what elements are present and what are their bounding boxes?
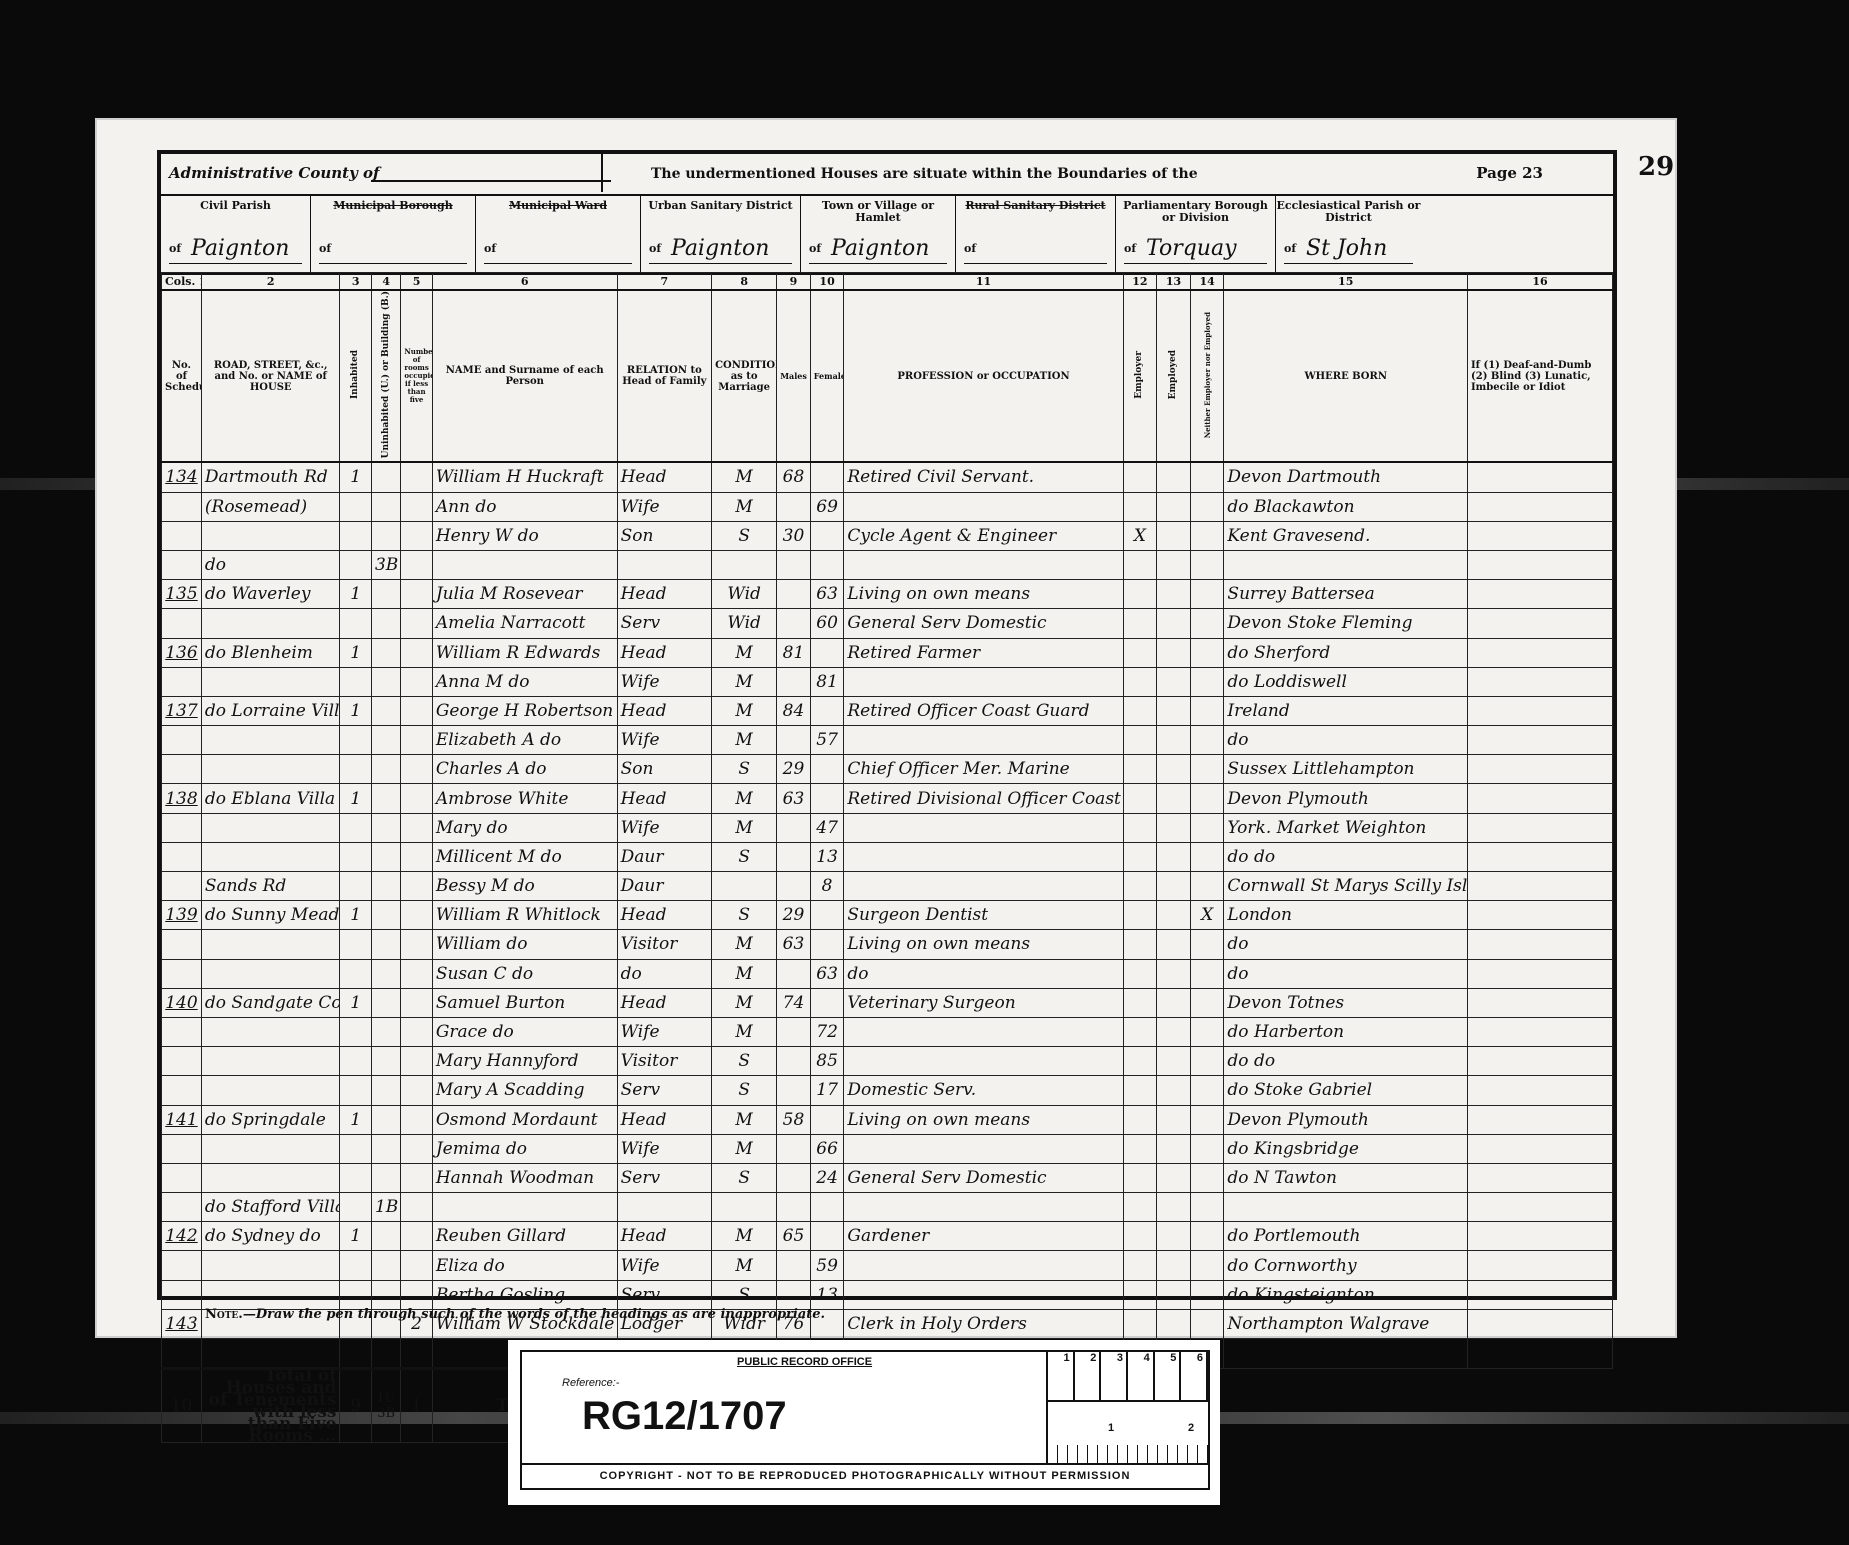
cell-inhabited: [340, 813, 371, 842]
cell-born: [1224, 1339, 1468, 1369]
column-number: 11: [844, 273, 1123, 291]
area-town-or-village-or-hamlet: Town or Village or HamletPaignton: [801, 194, 956, 272]
area-boundaries: Civil ParishPaigntonMunicipal BoroughMun…: [161, 194, 1613, 275]
cell-relation: Wife: [617, 726, 711, 755]
cell-schedule: [162, 667, 202, 696]
cell-road: Sands Rd: [201, 872, 340, 901]
cell-infirmity: [1468, 1251, 1613, 1280]
cell-road: do Blenheim: [201, 638, 340, 667]
cell-occupation: [844, 842, 1123, 871]
cell-inhabited: [340, 1134, 371, 1163]
cell-name: Hannah Woodman: [432, 1163, 617, 1192]
cell-employed: [1157, 1134, 1191, 1163]
cell-male-age: [777, 959, 811, 988]
cell-neither: [1190, 1222, 1224, 1251]
cell-relation: Wife: [617, 1134, 711, 1163]
cell-female-age: [810, 755, 844, 784]
table-row: 141do Springdale1Osmond MordauntHeadM58L…: [162, 1105, 1613, 1134]
cell-relation: Visitor: [617, 930, 711, 959]
census-rows: 134Dartmouth Rd1William H HuckraftHeadM6…: [162, 462, 1613, 1368]
cell-infirmity: [1468, 784, 1613, 813]
cell-born: Devon Totnes: [1224, 988, 1468, 1017]
cell-born: London: [1224, 901, 1468, 930]
scale-inches: 12: [1048, 1402, 1208, 1465]
cell-road: do Sandgate Cott: [201, 988, 340, 1017]
column-number: 15: [1224, 273, 1468, 291]
cell-infirmity: [1468, 842, 1613, 871]
cell-name: [432, 550, 617, 579]
cell-neither: [1190, 755, 1224, 784]
cell-occupation: [844, 726, 1123, 755]
cell-infirmity: [1468, 1280, 1613, 1309]
column-number: 7: [617, 273, 711, 291]
cell-employed: [1157, 755, 1191, 784]
cell-schedule: [162, 842, 202, 871]
cell-schedule: [162, 959, 202, 988]
cell-uninhabited: [371, 1163, 400, 1192]
cell-condition: M: [712, 1134, 777, 1163]
area-civil-parish: Civil ParishPaignton: [161, 194, 311, 272]
cell-name: Amelia Narracott: [432, 609, 617, 638]
cell-rooms: [401, 492, 432, 521]
cell-relation: [617, 1193, 711, 1222]
cell-rooms: [401, 1251, 432, 1280]
cell-rooms: [401, 521, 432, 550]
area-value: St John: [1284, 235, 1413, 264]
area-label: Municipal Ward: [476, 194, 640, 212]
table-row: Bertha GoslingServS13do Kingsteignton: [162, 1280, 1613, 1309]
column-number: 16: [1468, 273, 1613, 291]
boundaries-text: The undermentioned Houses are situate wi…: [651, 166, 1198, 182]
cell-uninhabited: [371, 901, 400, 930]
reference-number: RG12/1707: [582, 1394, 787, 1439]
area-value: [964, 235, 1107, 264]
cell-employer: [1123, 550, 1157, 579]
cell-rooms: [401, 784, 432, 813]
column-number: 14: [1190, 273, 1224, 291]
cell-employed: [1157, 1222, 1191, 1251]
cell-relation: Wife: [617, 1251, 711, 1280]
cell-female-age: [810, 901, 844, 930]
cell-born: do: [1224, 959, 1468, 988]
cell-neither: [1190, 1309, 1224, 1338]
cell-occupation: Clerk in Holy Orders: [844, 1309, 1123, 1338]
cell-uninhabited: [371, 1017, 400, 1046]
cell-male-age: [777, 492, 811, 521]
cell-employer: [1123, 1017, 1157, 1046]
table-row: Charles A doSonS29Chief Officer Mer. Mar…: [162, 755, 1613, 784]
cell-relation: Son: [617, 521, 711, 550]
cell-rooms: [401, 755, 432, 784]
cell-uninhabited: [371, 988, 400, 1017]
cell-name: Jemima do: [432, 1134, 617, 1163]
cell-employer: [1123, 667, 1157, 696]
table-row: (Rosemead)Ann doWifeM69do Blackawton: [162, 492, 1613, 521]
cell-employed: [1157, 1163, 1191, 1192]
area-value: [319, 235, 467, 264]
scale-tick-label: 4: [1128, 1352, 1155, 1400]
table-row: Mary A ScaddingServS17Domestic Serv.do S…: [162, 1076, 1613, 1105]
cell-condition: S: [712, 842, 777, 871]
cell-name: Charles A do: [432, 755, 617, 784]
cell-infirmity: [1468, 521, 1613, 550]
scale-tick-label: 3: [1101, 1352, 1128, 1400]
cell-born: do Kingsbridge: [1224, 1134, 1468, 1163]
cell-inhabited: [340, 492, 371, 521]
header-employed: Employed: [1157, 290, 1191, 462]
header-schedule: No. of Schedule: [162, 290, 202, 462]
area-value: Paignton: [169, 235, 302, 264]
cell-infirmity: [1468, 1339, 1613, 1369]
cell-infirmity: [1468, 959, 1613, 988]
cell-relation: Son: [617, 755, 711, 784]
cell-inhabited: [340, 1017, 371, 1046]
cell-occupation: Domestic Serv.: [844, 1076, 1123, 1105]
cell-employed: [1157, 1047, 1191, 1076]
cell-occupation: Living on own means: [844, 1105, 1123, 1134]
cell-employed: [1157, 901, 1191, 930]
cell-uninhabited: 1B: [371, 1193, 400, 1222]
cell-neither: [1190, 1047, 1224, 1076]
cell-condition: M: [712, 1251, 777, 1280]
column-number: 5: [401, 273, 432, 291]
cell-condition: M: [712, 1105, 777, 1134]
cell-neither: [1190, 959, 1224, 988]
cell-neither: [1190, 521, 1224, 550]
area-municipal-borough: Municipal Borough: [311, 194, 476, 272]
cell-born: Sussex Littlehampton: [1224, 755, 1468, 784]
cell-condition: M: [712, 696, 777, 725]
cell-infirmity: [1468, 755, 1613, 784]
cell-employer: [1123, 1134, 1157, 1163]
cell-occupation: Gardener: [844, 1222, 1123, 1251]
cell-relation: Head: [617, 1105, 711, 1134]
cell-name: Susan C do: [432, 959, 617, 988]
cell-road: (Rosemead): [201, 492, 340, 521]
cell-female-age: 60: [810, 609, 844, 638]
cell-road: [201, 667, 340, 696]
cell-name: William R Edwards: [432, 638, 617, 667]
cell-schedule: [162, 609, 202, 638]
cell-inhabited: 1: [340, 462, 371, 492]
cell-rooms: [401, 1280, 432, 1309]
cell-rooms: [401, 1105, 432, 1134]
cell-road: [201, 1047, 340, 1076]
cell-inhabited: 1: [340, 901, 371, 930]
cell-road: [201, 959, 340, 988]
cell-schedule: [162, 726, 202, 755]
cell-infirmity: [1468, 1163, 1613, 1192]
cell-name: Mary do: [432, 813, 617, 842]
cell-road: [201, 521, 340, 550]
cell-rooms: [401, 726, 432, 755]
header-rooms: Number of rooms occupied if less than fi…: [401, 290, 432, 462]
cell-female-age: 81: [810, 667, 844, 696]
copyright-notice: COPYRIGHT - NOT TO BE REPRODUCED PHOTOGR…: [520, 1465, 1210, 1490]
table-row: 134Dartmouth Rd1William H HuckraftHeadM6…: [162, 462, 1613, 492]
cell-employed: [1157, 550, 1191, 579]
cell-male-age: 65: [777, 1222, 811, 1251]
cell-uninhabited: [371, 492, 400, 521]
cell-born: do Blackawton: [1224, 492, 1468, 521]
cell-occupation: [844, 1193, 1123, 1222]
scale-tick-label: 2: [1075, 1352, 1102, 1400]
header-inhabited: Inhabited: [340, 290, 371, 462]
area-label: Parliamentary Borough or Division: [1116, 194, 1275, 224]
cell-condition: M: [712, 1017, 777, 1046]
cell-occupation: [844, 1047, 1123, 1076]
cell-name: Samuel Burton: [432, 988, 617, 1017]
cell-born: do Sherford: [1224, 638, 1468, 667]
cell-neither: [1190, 784, 1224, 813]
cell-employed: [1157, 696, 1191, 725]
cell-employer: [1123, 726, 1157, 755]
cell-uninhabited: [371, 1076, 400, 1105]
cell-employer: [1123, 1076, 1157, 1105]
cell-relation: [617, 550, 711, 579]
cell-relation: Head: [617, 901, 711, 930]
cell-female-age: 72: [810, 1017, 844, 1046]
cell-rooms: [401, 609, 432, 638]
cell-neither: [1190, 492, 1224, 521]
cell-road: [201, 842, 340, 871]
cell-uninhabited: [371, 462, 400, 492]
cell-employed: [1157, 521, 1191, 550]
cell-occupation: [844, 813, 1123, 842]
cell-male-age: 63: [777, 930, 811, 959]
cell-female-age: [810, 550, 844, 579]
cell-road: [201, 1163, 340, 1192]
column-number: 8: [712, 273, 777, 291]
cell-infirmity: [1468, 813, 1613, 842]
cell-infirmity: [1468, 696, 1613, 725]
cell-neither: [1190, 842, 1224, 871]
cell-employer: [1123, 842, 1157, 871]
cell-employed: [1157, 1076, 1191, 1105]
cell-relation: Head: [617, 784, 711, 813]
cell-female-age: [810, 988, 844, 1017]
cell-neither: [1190, 1076, 1224, 1105]
cell-schedule: 141: [162, 1105, 202, 1134]
table-row: 135do Waverley1Julia M RosevearHeadWid63…: [162, 580, 1613, 609]
cell-infirmity: [1468, 492, 1613, 521]
cell-infirmity: [1468, 1105, 1613, 1134]
cell-relation: Daur: [617, 872, 711, 901]
cell-neither: [1190, 1163, 1224, 1192]
cell-born: Northampton Walgrave: [1224, 1309, 1468, 1338]
cell-employer: [1123, 1222, 1157, 1251]
cell-rooms: [401, 1163, 432, 1192]
cell-name: Mary A Scadding: [432, 1076, 617, 1105]
cell-uninhabited: [371, 1222, 400, 1251]
cell-name: Bessy M do: [432, 872, 617, 901]
cell-employed: [1157, 462, 1191, 492]
cell-born: Devon Plymouth: [1224, 1105, 1468, 1134]
cell-male-age: [777, 1163, 811, 1192]
cell-born: do Kingsteignton: [1224, 1280, 1468, 1309]
cell-relation: Wife: [617, 1017, 711, 1046]
cell-inhabited: 1: [340, 1105, 371, 1134]
cell-condition: Wid: [712, 609, 777, 638]
cell-male-age: 68: [777, 462, 811, 492]
record-office-label: PUBLIC RECORD OFFICE: [737, 1356, 872, 1368]
cell-name: Grace do: [432, 1017, 617, 1046]
cell-employer: [1123, 1105, 1157, 1134]
cell-uninhabited: [371, 696, 400, 725]
cell-employed: [1157, 1280, 1191, 1309]
cell-rooms: [401, 550, 432, 579]
cell-uninhabited: [371, 638, 400, 667]
cell-infirmity: [1468, 667, 1613, 696]
cell-relation: Head: [617, 638, 711, 667]
cell-born: Cornwall St Marys Scilly Isles: [1224, 872, 1468, 901]
total-uninhabited: 1U 3B: [371, 1369, 400, 1443]
cell-inhabited: [340, 755, 371, 784]
column-headers: No. of Schedule ROAD, STREET, &c., and N…: [162, 290, 1613, 462]
cell-condition: S: [712, 901, 777, 930]
scale-tick-label: 1: [1048, 1352, 1075, 1400]
table-row: Hannah WoodmanServS24General Serv Domest…: [162, 1163, 1613, 1192]
cell-female-age: [810, 462, 844, 492]
cell-female-age: 24: [810, 1163, 844, 1192]
cell-inhabited: [340, 1251, 371, 1280]
cell-male-age: [777, 1193, 811, 1222]
cell-condition: M: [712, 462, 777, 492]
cell-occupation: Cycle Agent & Engineer: [844, 521, 1123, 550]
header-age-females: Females: [810, 290, 844, 462]
cell-name: William R Whitlock: [432, 901, 617, 930]
cell-rooms: [401, 842, 432, 871]
cell-condition: Wid: [712, 580, 777, 609]
cell-condition: S: [712, 755, 777, 784]
cell-condition: [712, 872, 777, 901]
area-rural-sanitary-district: Rural Sanitary District: [956, 194, 1116, 272]
cell-born: do do: [1224, 1047, 1468, 1076]
cell-born: do N Tawton: [1224, 1163, 1468, 1192]
cell-name: Julia M Rosevear: [432, 580, 617, 609]
scale-tick-label: 6: [1181, 1352, 1208, 1400]
column-number: Cols. 1: [162, 273, 202, 291]
cell-inhabited: 1: [340, 580, 371, 609]
cell-relation: do: [617, 959, 711, 988]
cell-inhabited: 1: [340, 784, 371, 813]
cell-infirmity: [1468, 1017, 1613, 1046]
area-urban-sanitary-district: Urban Sanitary DistrictPaignton: [641, 194, 801, 272]
cell-name: Ann do: [432, 492, 617, 521]
cell-male-age: [777, 609, 811, 638]
cell-female-age: [810, 1193, 844, 1222]
cell-male-age: [777, 1280, 811, 1309]
column-number: 12: [1123, 273, 1157, 291]
cell-born: do: [1224, 726, 1468, 755]
cell-male-age: [777, 1134, 811, 1163]
cell-relation: Serv: [617, 609, 711, 638]
cell-schedule: [162, 521, 202, 550]
cell-neither: [1190, 1193, 1224, 1222]
cell-road: [201, 1017, 340, 1046]
reference-label: Reference:-: [562, 1377, 619, 1389]
cell-rooms: [401, 667, 432, 696]
cell-rooms: [401, 959, 432, 988]
cell-rooms: [401, 1222, 432, 1251]
cell-employer: [1123, 492, 1157, 521]
cell-born: do Loddiswell: [1224, 667, 1468, 696]
cell-born: Devon Stoke Fleming: [1224, 609, 1468, 638]
cell-name: William do: [432, 930, 617, 959]
cell-condition: M: [712, 667, 777, 696]
column-number: 13: [1157, 273, 1191, 291]
cell-condition: M: [712, 492, 777, 521]
cell-name: Anna M do: [432, 667, 617, 696]
cell-female-age: 13: [810, 1280, 844, 1309]
cell-neither: [1190, 1134, 1224, 1163]
cell-male-age: [777, 813, 811, 842]
cell-employed: [1157, 1251, 1191, 1280]
area-label: Municipal Borough: [311, 194, 475, 212]
cell-employed: [1157, 872, 1191, 901]
cell-condition: M: [712, 726, 777, 755]
cell-condition: M: [712, 638, 777, 667]
admin-county-label: Administrative County of: [169, 164, 379, 182]
cell-occupation: [844, 667, 1123, 696]
cell-neither: [1190, 609, 1224, 638]
cell-schedule: 136: [162, 638, 202, 667]
cell-male-age: [777, 872, 811, 901]
cell-rooms: [401, 1339, 432, 1369]
cell-schedule: [162, 1280, 202, 1309]
cell-male-age: 30: [777, 521, 811, 550]
admin-county-box: Administrative County of: [161, 154, 603, 192]
cell-employed: [1157, 930, 1191, 959]
cell-male-age: [777, 550, 811, 579]
cell-employer: [1123, 901, 1157, 930]
cell-female-age: 47: [810, 813, 844, 842]
cell-born: Devon Plymouth: [1224, 784, 1468, 813]
cell-employer: [1123, 609, 1157, 638]
cell-uninhabited: [371, 726, 400, 755]
cell-occupation: Living on own means: [844, 930, 1123, 959]
cell-female-age: [810, 1105, 844, 1134]
table-row: Mary doWifeM47York. Market Weighton: [162, 813, 1613, 842]
cell-road: [201, 813, 340, 842]
cell-born: Devon Dartmouth: [1224, 462, 1468, 492]
cell-occupation: Chief Officer Mer. Marine: [844, 755, 1123, 784]
cell-condition: M: [712, 959, 777, 988]
cell-road: [201, 1251, 340, 1280]
cell-road: [201, 609, 340, 638]
cell-occupation: [844, 1017, 1123, 1046]
cell-male-age: 29: [777, 901, 811, 930]
column-number: 2: [201, 273, 340, 291]
cell-rooms: [401, 1193, 432, 1222]
cell-employed: [1157, 784, 1191, 813]
cell-infirmity: [1468, 901, 1613, 930]
cell-road: do Sunny Mead: [201, 901, 340, 930]
cell-road: [201, 1076, 340, 1105]
cell-uninhabited: [371, 1251, 400, 1280]
cell-uninhabited: [371, 580, 400, 609]
header-employer: Employer: [1123, 290, 1157, 462]
table-row: do Stafford Villa1B: [162, 1193, 1613, 1222]
cell-female-age: [810, 930, 844, 959]
cell-condition: S: [712, 521, 777, 550]
header-road: ROAD, STREET, &c., and No. or NAME of HO…: [201, 290, 340, 462]
cell-uninhabited: [371, 872, 400, 901]
cell-relation: Serv: [617, 1076, 711, 1105]
cell-schedule: [162, 1017, 202, 1046]
total-schedules: 10: [162, 1369, 202, 1443]
cell-female-age: [810, 784, 844, 813]
